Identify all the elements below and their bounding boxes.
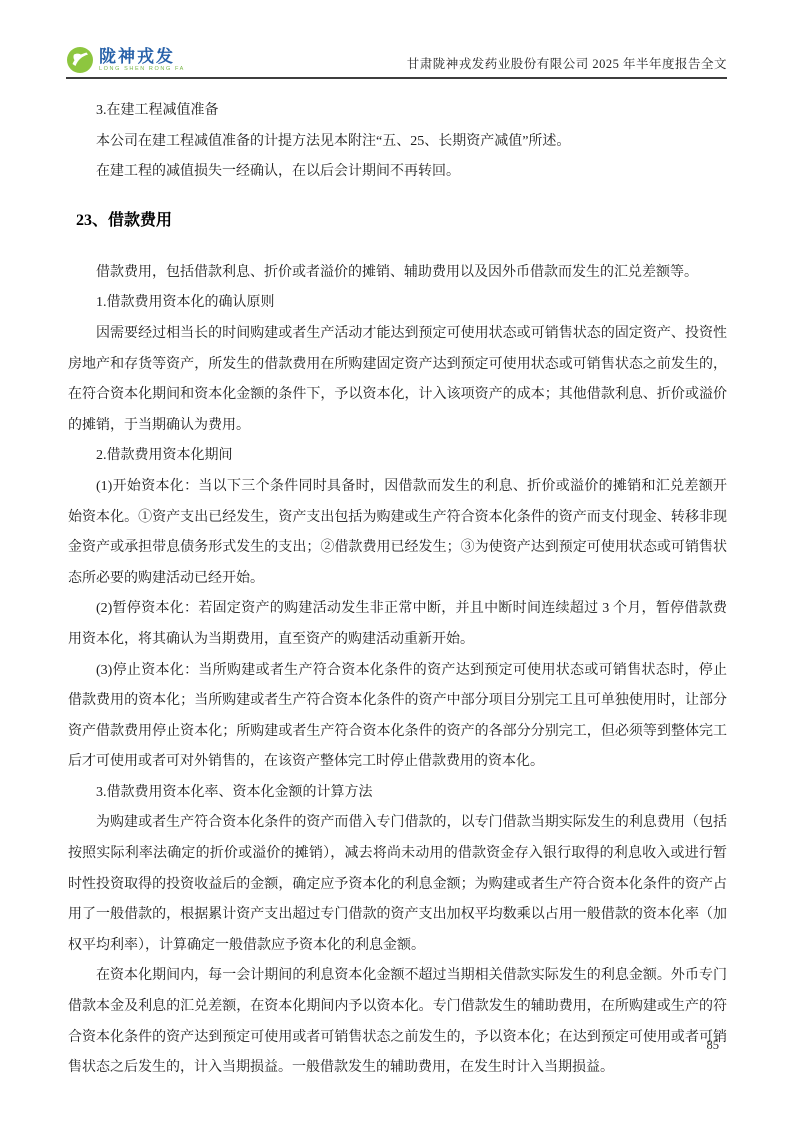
paragraph: 2.借款费用资本化期间 xyxy=(68,441,727,472)
paragraph: 本公司在建工程减值准备的计提方法见本附注“五、25、长期资产减值”所述。 xyxy=(68,127,727,158)
paragraph: 为购建或者生产符合资本化条件的资产而借入专门借款的，以专门借款当期实际发生的利息… xyxy=(68,808,727,961)
company-logo: 陇神戎发 LONG SHEN RONG FA xyxy=(66,46,185,74)
paragraph: 在资本化期间内，每一会计期间的利息资本化金额不超过当期相关借款实际发生的利息金额… xyxy=(68,961,727,1083)
paragraph: 3.在建工程减值准备 xyxy=(68,96,727,127)
section-heading: 23、借款费用 xyxy=(68,210,727,232)
paragraph: (1)开始资本化：当以下三个条件同时具备时，因借款而发生的利息、折价或溢价的摊销… xyxy=(68,472,727,594)
paragraph: 因需要经过相当长的时间购建或者生产活动才能达到预定可使用状态或可销售状态的固定资… xyxy=(68,319,727,441)
report-title: 甘肃陇神戎发药业股份有限公司 2025 年半年度报告全文 xyxy=(407,54,727,74)
paragraph: 1.借款费用资本化的确认原则 xyxy=(68,288,727,319)
paragraph: 在建工程的减值损失一经确认，在以后会计期间不再转回。 xyxy=(68,157,727,188)
page-footer: 85 xyxy=(707,1038,720,1053)
report-page: 陇神戎发 LONG SHEN RONG FA 甘肃陇神戎发药业股份有限公司 20… xyxy=(0,0,793,1122)
paragraph: 3.借款费用资本化率、资本化金额的计算方法 xyxy=(68,778,727,809)
page-number: 85 xyxy=(707,1038,720,1052)
paragraph: (3)停止资本化：当所购建或者生产符合资本化条件的资产达到预定可使用状态或可销售… xyxy=(68,656,727,778)
document-body: 3.在建工程减值准备 本公司在建工程减值准备的计提方法见本附注“五、25、长期资… xyxy=(68,96,727,1084)
company-logo-icon xyxy=(66,46,94,74)
company-logo-name-cn: 陇神戎发 xyxy=(99,48,185,65)
company-logo-name-en: LONG SHEN RONG FA xyxy=(99,67,185,73)
paragraph: (2)暂停资本化：若固定资产的购建活动发生非正常中断，并且中断时间连续超过 3 … xyxy=(68,594,727,655)
paragraph: 借款费用，包括借款利息、折价或者溢价的摊销、辅助费用以及因外币借款而发生的汇兑差… xyxy=(68,258,727,289)
page-header: 陇神戎发 LONG SHEN RONG FA 甘肃陇神戎发药业股份有限公司 20… xyxy=(66,0,727,79)
